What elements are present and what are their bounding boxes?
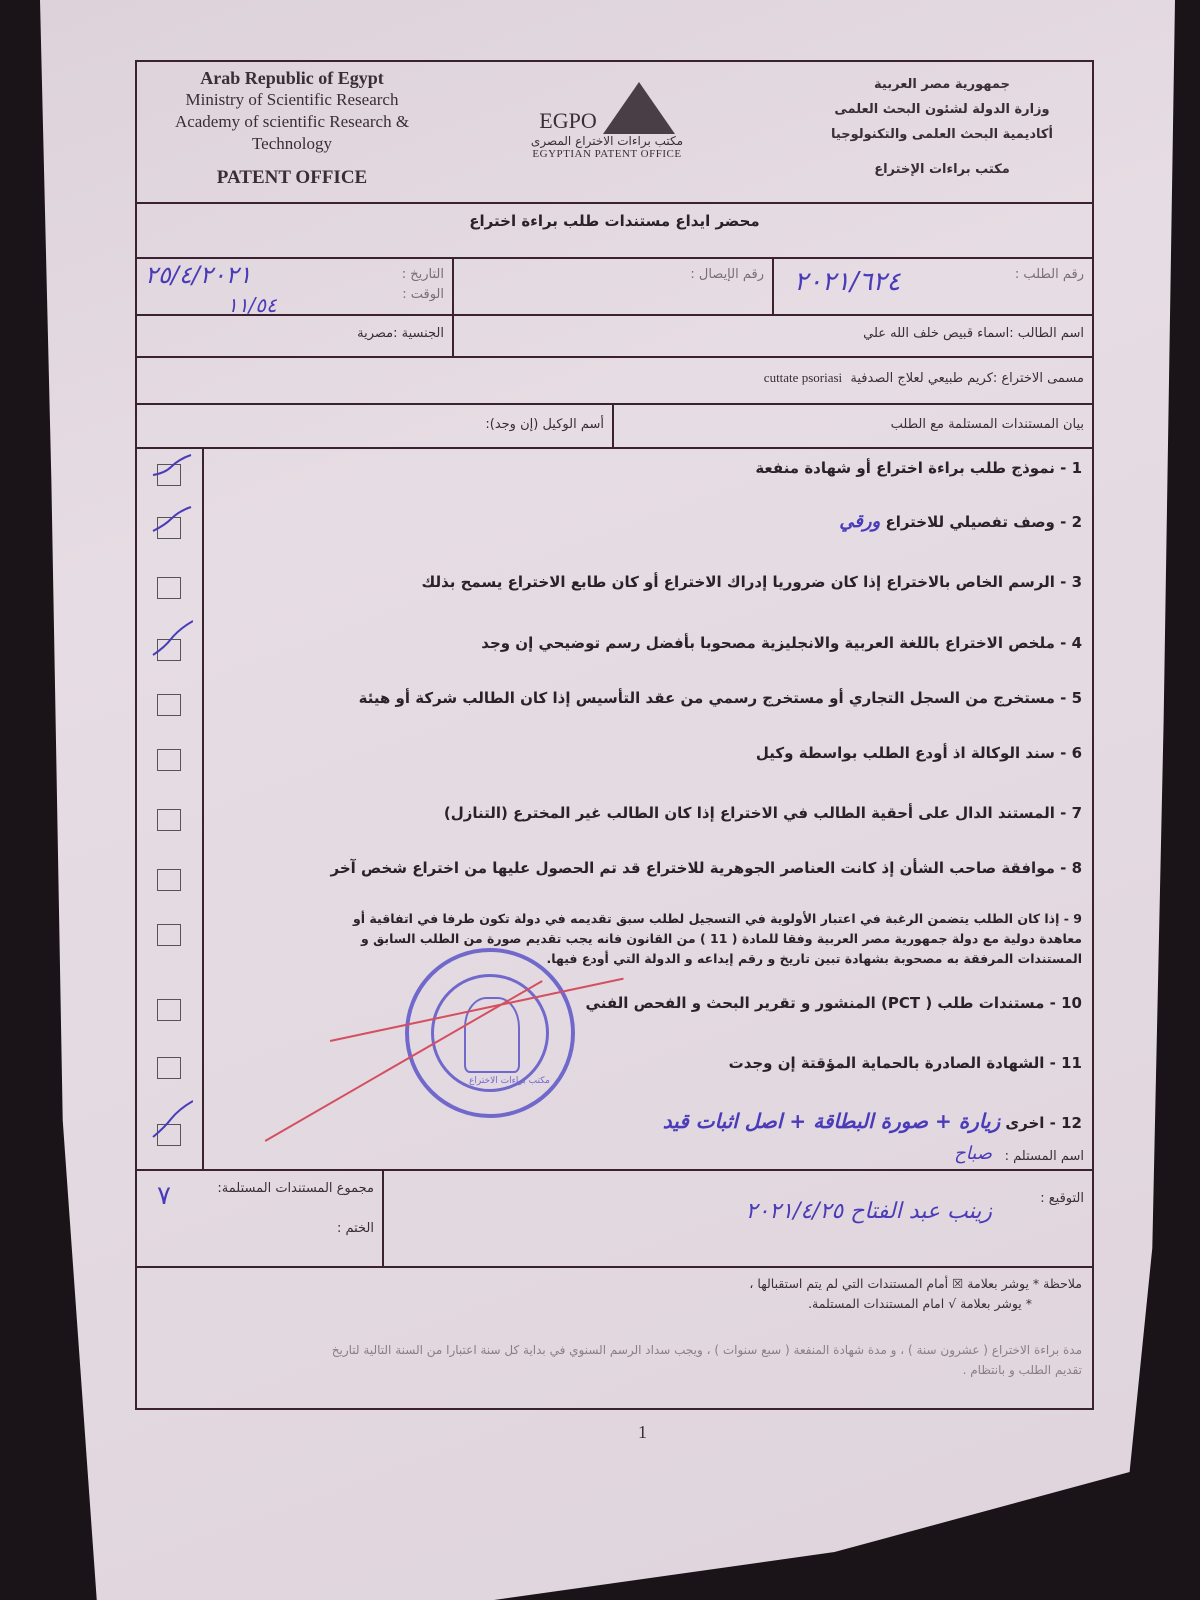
signature-label: التوقيع : [1040,1191,1084,1206]
checkbox-item-5[interactable] [157,694,181,716]
totals-cell: مجموع المستندات المستلمة: ٧ الختم : [137,1171,384,1266]
list-item: 1 - نموذج طلب براءة اختراع أو شهادة منفع… [755,459,1082,477]
receipt-no-label: رقم الإيصال : [690,267,764,282]
notes-section: ملاحظة * يوشر بعلامة ☒ أمام المستندات ال… [137,1268,1092,1408]
list-item: 11 - الشهادة الصادرة بالحماية المؤقتة إن… [729,1054,1082,1072]
checkbox-item-3[interactable] [157,577,181,599]
notes-line-1: ملاحظة * يوشر بعلامة ☒ أمام المستندات ال… [749,1276,1082,1291]
checkbox-item-8[interactable] [157,869,181,891]
receipt-no-cell: رقم الإيصال : [452,259,772,314]
pyramid-icon [603,82,675,134]
checkbox-item-6[interactable] [157,749,181,771]
total-docs-value: ٧ [157,1181,171,1211]
list-item: 2 - وصف تفصيلي للاختراع ورقي [839,511,1082,532]
documents-checklist: 1 - نموذج طلب براءة اختراع أو شهادة منفع… [137,449,1092,1171]
invention-title-value: كريم طبيعي لعلاج الصدفية [850,371,993,386]
list-item: 3 - الرسم الخاص بالاختراع إذا كان ضروريا… [421,573,1082,591]
patent-deposit-form: Arab Republic of Egypt Ministry of Scien… [135,60,1094,1410]
application-no-cell: رقم الطلب : ٢٠٢١/٦٢٤ [772,259,1092,314]
receipt-section: مجموع المستندات المستلمة: ٧ الختم : اسم … [137,1171,1092,1268]
form-title: محضر ايداع مستندات طلب براءة اختراع [137,204,1092,259]
handwritten-note: زيارة + صورة البطاقة + اصل اثبات قيد [663,1109,1001,1133]
page-number: 1 [638,1422,647,1443]
notes-line-2: * يوشر بعلامة √ امام المستندات المستلمة. [808,1296,1032,1311]
country-ar: جمهورية مصر العربية [812,72,1072,97]
header-arabic: جمهورية مصر العربية وزارة الدولة لشئون ا… [812,72,1072,182]
invention-title-row: مسمى الاختراع :كريم طبيعي لعلاج الصدفية … [137,358,1092,405]
docs-label: بيان المستندات المستلمة مع الطلب [891,417,1084,432]
agent-label: أسم الوكيل (إن وجد): [485,417,604,432]
header-english: Arab Republic of Egypt Ministry of Scien… [157,68,427,189]
total-docs-label: مجموع المستندات المستلمة: [217,1181,374,1196]
academy-ar: أكاديمية البحث العلمى والتكنولوجيا [812,122,1072,147]
stamp-text: مكتب براءات الاختراع [469,1076,550,1086]
logo-arabic: مكتب براءات الاختراع المصرى [507,134,707,148]
office-ar: مكتب براءات الإختراع [812,157,1072,182]
checkbox-item-10[interactable] [157,999,181,1021]
list-item: 9 - إذا كان الطلب يتضمن الرغبة في اعتبار… [322,909,1082,969]
list-item: 8 - موافقة صاحب الشأن إذ كانت العناصر ال… [330,859,1082,877]
date-value: ٢٥/٤/٢٠٢١ [145,261,251,289]
list-item: 4 - ملخص الاختراع باللغة العربية والانجل… [481,634,1082,652]
checkbox-item-11[interactable] [157,1057,181,1079]
handwritten-note: ورقي [839,511,880,532]
application-no-label: رقم الطلب : [1015,267,1084,282]
checkmark-icon [145,1099,193,1139]
ministry-ar: وزارة الدولة لشئون البحث العلمى [812,97,1072,122]
seal-label: الختم : [337,1221,374,1236]
items-list: 1 - نموذج طلب براءة اختراع أو شهادة منفع… [204,449,1092,1169]
invention-title-field: مسمى الاختراع :كريم طبيعي لعلاج الصدفية … [764,370,1084,386]
notes-line-4: تقديم الطلب و بانتظام . [963,1363,1082,1377]
docs-cell: بيان المستندات المستلمة مع الطلب [612,405,1092,447]
invention-title-en: cuttate psoriasi [764,370,842,385]
country-en: Arab Republic of Egypt [157,68,427,89]
applicant-field: اسم الطالب :اسماء قبيص خلف الله علي [863,326,1084,341]
info-row: رقم الطلب : ٢٠٢١/٦٢٤ رقم الإيصال : التار… [137,259,1092,316]
office-en: PATENT OFFICE [157,167,427,189]
receiver-value: صباح [954,1143,992,1164]
academy-en-2: Technology [157,133,427,155]
logo-abbr: EGPO [539,108,596,134]
nationality-field: الجنسية :مصرية [357,326,444,341]
ministry-en: Ministry of Scientific Research [157,89,427,111]
list-item: 10 - مستندات طلب ( PCT) المنشور و تقرير … [586,994,1082,1012]
time-label: الوقت : [402,287,444,302]
date-cell: التاريخ : الوقت : ٢٥/٤/٢٠٢١ ١١/٥٤ [137,259,452,314]
date-label: التاريخ : [402,267,444,282]
logo-english: EGYPTIAN PATENT OFFICE [507,148,707,160]
checkmark-icon [145,505,193,533]
checkbox-item-7[interactable] [157,809,181,831]
applicant-cell: اسم الطالب :اسماء قبيص خلف الله علي [452,316,1092,356]
nationality-value: مصرية [357,326,393,341]
checkbox-item-9[interactable] [157,924,181,946]
applicant-value: اسماء قبيص خلف الله علي [863,326,1009,341]
academy-en-1: Academy of scientific Research & [157,111,427,133]
list-item: 12 - اخرى زيارة + صورة البطاقة + اصل اثب… [663,1109,1082,1133]
nationality-cell: الجنسية :مصرية [137,316,452,356]
list-item: 6 - سند الوكالة اذ أودع الطلب بواسطة وكي… [756,744,1082,762]
form-header: Arab Republic of Egypt Ministry of Scien… [137,62,1092,204]
checkmark-icon [145,453,193,481]
list-item: 5 - مستخرج من السجل التجاري أو مستخرج رس… [359,689,1082,707]
egpo-logo: EGPO مكتب براءات الاختراع المصرى EGYPTIA… [507,82,707,160]
signature-value: زينب عبد الفتاح ٢٠٢١/٤/٢٥ [746,1199,992,1224]
official-stamp: مكتب براءات الاختراع [405,948,575,1118]
receiver-label: اسم المستلم : [1005,1149,1084,1164]
notes-line-3: مدة براءة الاختراع ( عشرون سنة ) ، و مدة… [332,1343,1082,1357]
applicant-row: اسم الطالب :اسماء قبيص خلف الله علي الجن… [137,316,1092,358]
receiver-cell: اسم المستلم : صباح التوقيع : زينب عبد ال… [384,1171,1092,1266]
checkbox-column [137,449,204,1169]
list-item: 7 - المستند الدال على أحقية الطالب في ال… [444,804,1082,822]
time-value: ١١/٥٤ [227,293,277,317]
checkmark-icon [145,619,193,659]
agent-cell: أسم الوكيل (إن وجد): [137,405,612,447]
docs-agent-row: بيان المستندات المستلمة مع الطلب أسم الو… [137,405,1092,449]
application-no-value: ٢٠٢١/٦٢٤ [794,267,901,297]
